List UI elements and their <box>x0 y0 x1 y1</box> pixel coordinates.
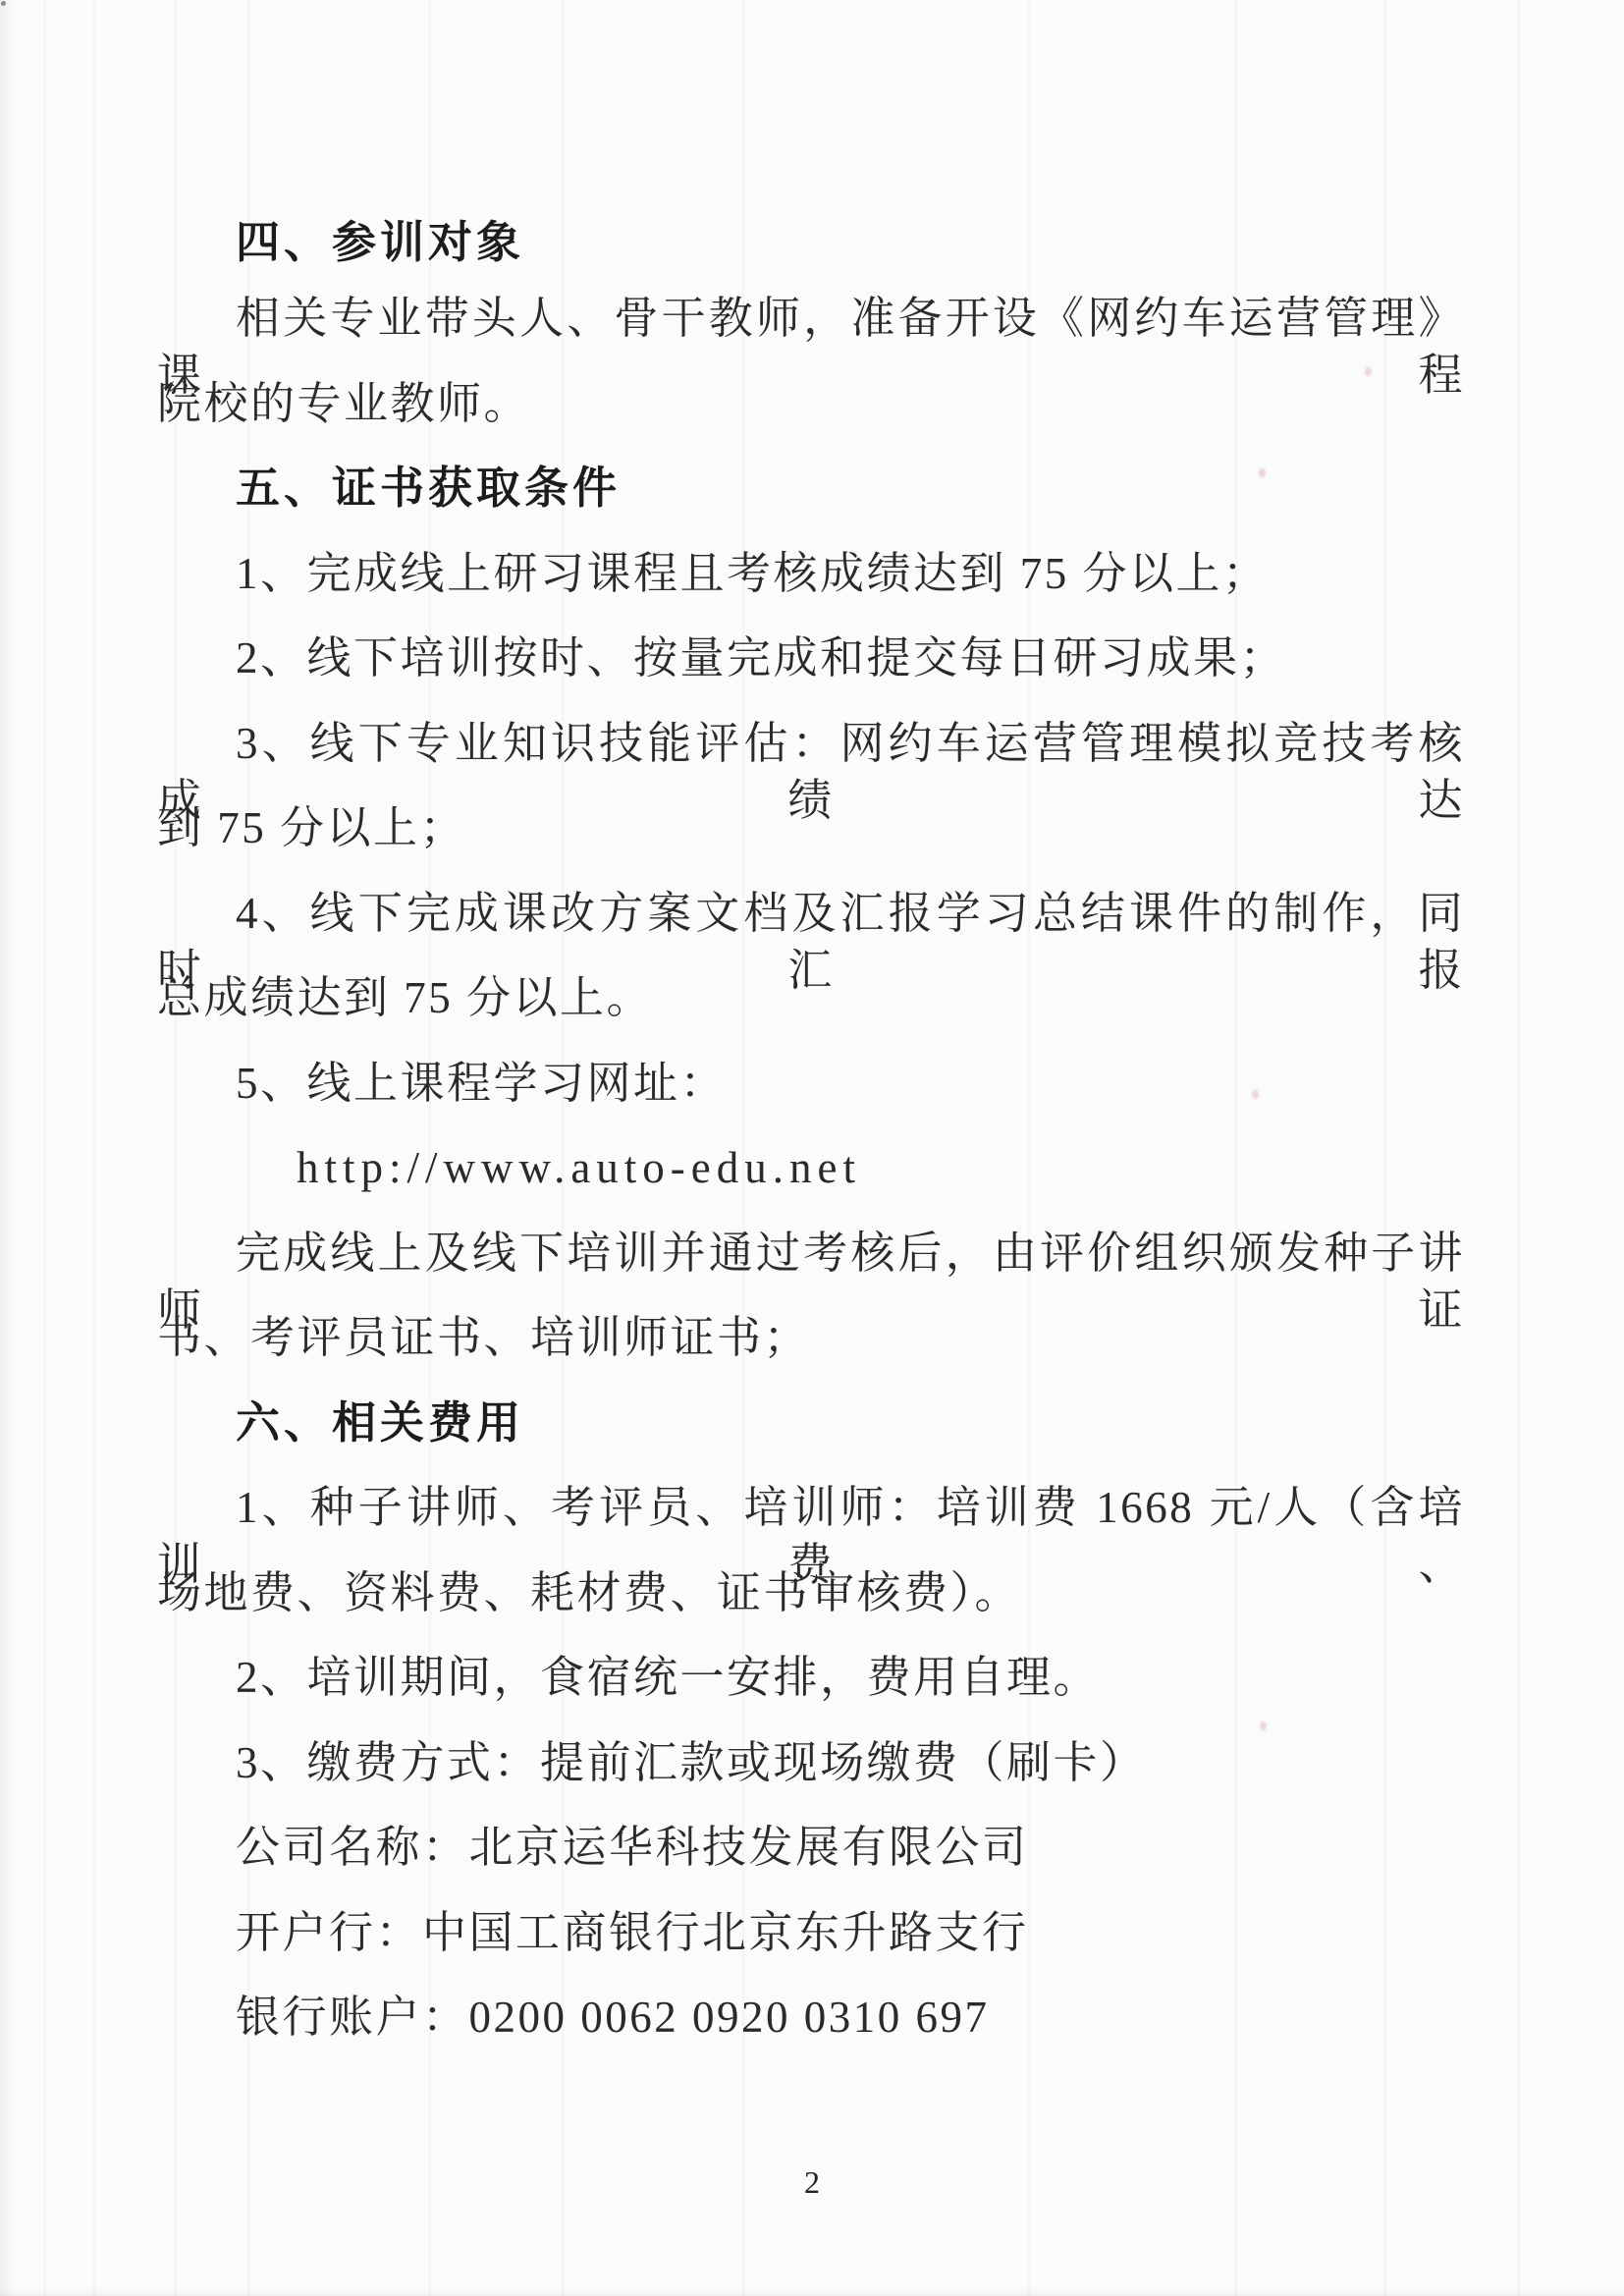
scan-streak <box>44 0 46 2296</box>
text-line: 公司名称：北京运华科技发展有限公司 <box>157 1819 1465 1876</box>
text-line: 1、完成线上研习课程且考核成绩达到 75 分以上； <box>157 545 1465 602</box>
scan-edge-shadow <box>0 0 14 2296</box>
section-heading: 四、参训对象 <box>157 214 1465 271</box>
scan-edge-shadow <box>0 2288 1624 2296</box>
text-line: 开户行：中国工商银行北京东升路支行 <box>157 1904 1465 1961</box>
text-line: 2、线下培训按时、按量完成和提交每日研习成果； <box>157 629 1465 686</box>
text-line: 院校的专业教师。 <box>157 375 1465 432</box>
text-line: 场地费、资料费、耗材费、证书审核费）。 <box>157 1564 1465 1621</box>
page-number: 2 <box>0 2164 1624 2200</box>
text-line: 到 75 分以上； <box>157 799 1465 856</box>
section-heading: 五、证书获取条件 <box>157 460 1465 517</box>
text-line: 书、考评员证书、培训师证书； <box>157 1309 1465 1366</box>
text-line: 3、缴费方式：提前汇款或现场缴费（刷卡） <box>157 1734 1465 1791</box>
document-page: 四、参训对象相关专业带头人、骨干教师，准备开设《网约车运营管理》课程院校的专业教… <box>0 0 1624 2296</box>
text-line: 银行账户：0200 0062 0920 0310 697 <box>157 1989 1465 2046</box>
scan-speck <box>1 1 6 6</box>
text-line: 2、培训期间，食宿统一安排，费用自理。 <box>157 1649 1465 1706</box>
text-line: 5、线上课程学习网址： <box>157 1055 1465 1112</box>
scan-streak <box>1518 0 1520 2296</box>
text-line: 总成绩达到 75 分以上。 <box>157 969 1465 1026</box>
scan-speck <box>1260 1722 1267 1730</box>
scan-streak <box>93 0 95 2296</box>
text-line: http://www.auto-edu.net <box>157 1139 1465 1196</box>
section-heading: 六、相关费用 <box>157 1394 1465 1451</box>
